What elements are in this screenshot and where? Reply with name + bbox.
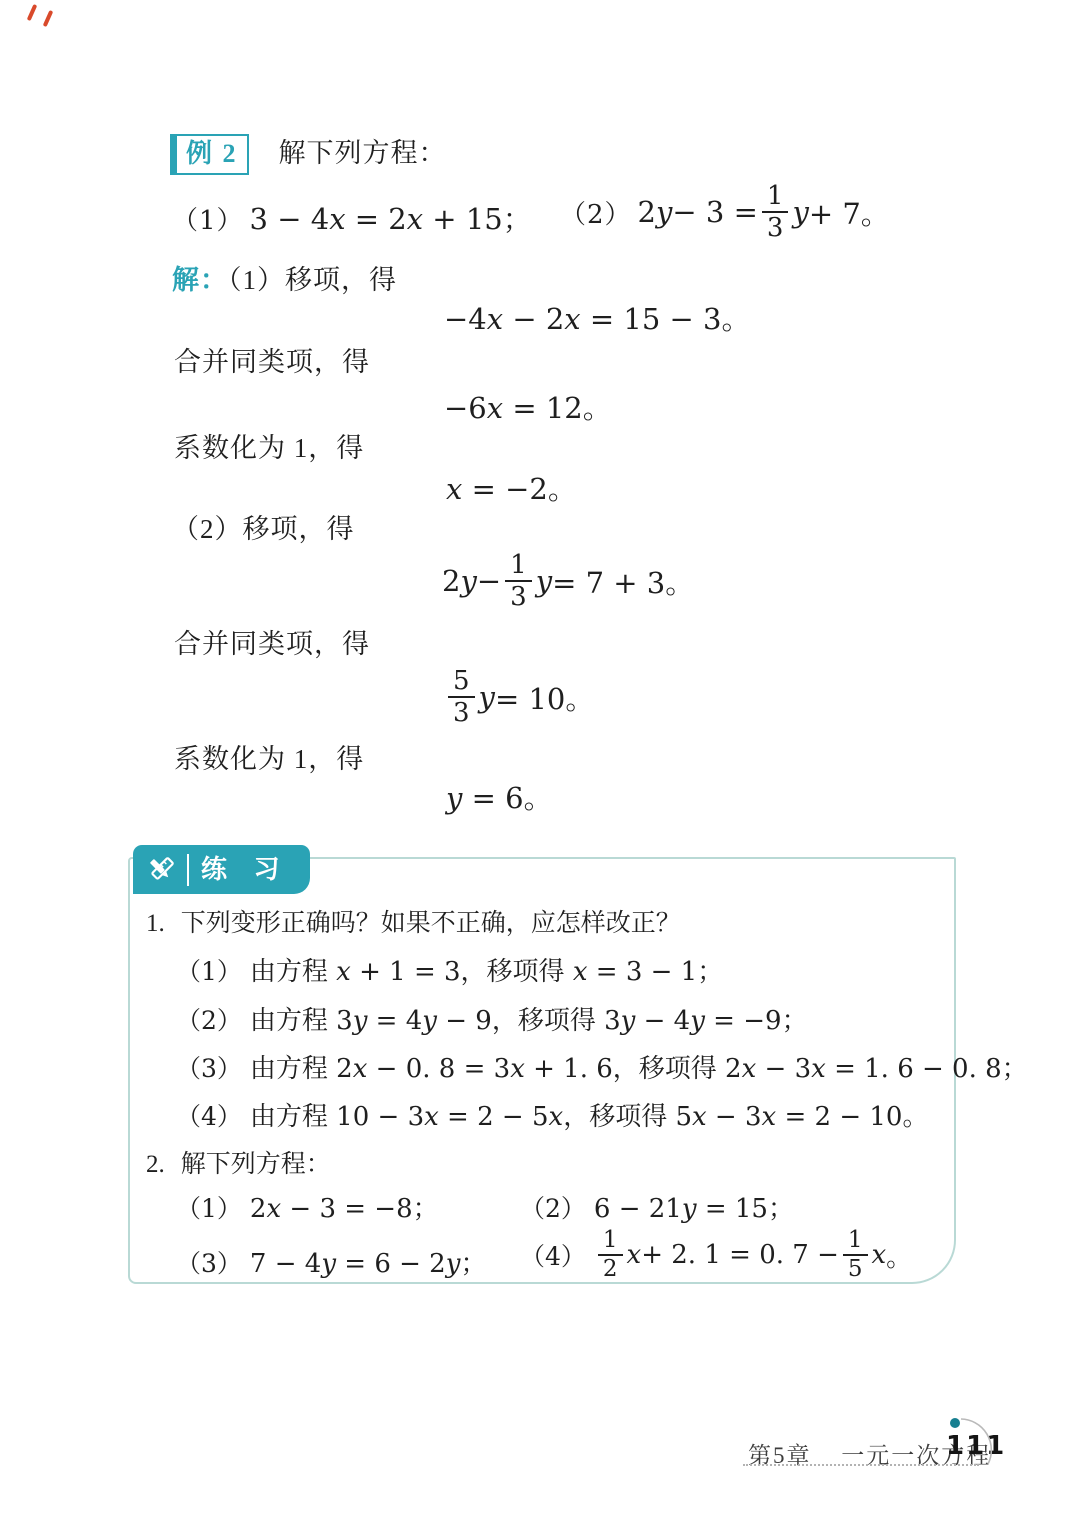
equation-2-label: （2）: [560, 194, 632, 231]
item-label: （3）: [176, 1249, 242, 1278]
fraction: 13: [762, 182, 789, 242]
solution-step: 合并同类项，得: [174, 340, 370, 379]
pencil-ruler-icon: [145, 854, 177, 886]
example-header: 例 2 解下列方程：: [170, 131, 447, 175]
equation-step: x = −2。: [446, 467, 577, 508]
practice-item: （3）7 − 4y = 6 − 2y；: [176, 1243, 486, 1280]
red-pen-mark: [43, 10, 54, 27]
practice-item: （2）6 − 21y = 15；: [520, 1188, 794, 1225]
solution-step: （2）移项，得: [172, 507, 355, 546]
fraction: 53: [448, 667, 475, 727]
textbook-page: 例 2 解下列方程： （1）3 − 4x = 2x + 15； （2） 2y −…: [0, 0, 1080, 1528]
practice-item: （1）2x − 3 = −8；: [176, 1188, 439, 1225]
question-text: 解下列方程：: [181, 1151, 331, 1178]
equation-step: 53 y = 10。: [444, 662, 594, 732]
practice-item: （3）由方程 2x − 0. 8 = 3x + 1. 6，移项得 2x − 3x…: [176, 1048, 1028, 1085]
fraction: 13: [505, 551, 532, 611]
fraction: 15: [843, 1228, 868, 1282]
item-label: （3）: [176, 1054, 242, 1083]
solution-step: 系数化为 1，得: [174, 737, 364, 776]
item-label: （1）: [176, 957, 242, 986]
equation-step: y = 6。: [446, 776, 553, 817]
practice-title: 练 习: [201, 857, 290, 883]
solution-step: 系数化为 1，得: [174, 426, 364, 465]
footer-arc: [935, 1406, 1005, 1476]
practice-item: （2）由方程 3y = 4y − 9，移项得 3y − 4y = −9；: [176, 1000, 808, 1037]
practice-item: （4）由方程 10 − 3x = 2 − 5x，移项得 5x − 3x = 2 …: [176, 1096, 928, 1133]
solution-step: 合并同类项，得: [174, 622, 370, 661]
item-label: （1）: [176, 1194, 242, 1223]
practice-question-2: 2. 解下列方程：: [146, 1144, 331, 1180]
practice-question-1: 1. 下列变形正确吗？如果不正确，应怎样改正？: [146, 903, 681, 939]
red-pen-mark: [27, 4, 38, 21]
question-text: 下列变形正确吗？如果不正确，应怎样改正？: [181, 910, 681, 937]
item-label: （2）: [520, 1194, 586, 1223]
item-label: （2）: [176, 1006, 242, 1035]
practice-item: （1）由方程 x + 1 = 3，移项得 x = 3 − 1；: [176, 951, 723, 988]
solution-label: 解：: [172, 265, 228, 295]
question-number: 2.: [146, 1151, 165, 1178]
question-number: 1.: [146, 910, 165, 937]
item-label: （4）: [176, 1102, 242, 1131]
equation-1-label: （1）: [172, 206, 244, 236]
example-tag: 例 2: [170, 134, 249, 175]
equation-2: （2） 2y − 3 = 13 y + 7。: [560, 176, 890, 248]
tab-divider: [187, 854, 189, 886]
practice-tab: 练 习: [133, 845, 310, 894]
equation-1: （1）3 − 4x = 2x + 15；: [172, 197, 532, 238]
example-prompt: 解下列方程：: [279, 138, 447, 168]
item-label: （4）: [520, 1237, 586, 1273]
fraction: 12: [598, 1228, 623, 1282]
equation-step: −4x − 2x = 15 − 3。: [444, 297, 750, 338]
practice-item: （4） 12 x + 2. 1 = 0. 7 − 15 x。: [520, 1222, 912, 1288]
equation-step: −6x = 12。: [444, 386, 612, 427]
solution-step: 解：（1）移项，得: [172, 258, 397, 297]
equation-step: 2y − 13 y = 7 + 3。: [442, 546, 694, 616]
